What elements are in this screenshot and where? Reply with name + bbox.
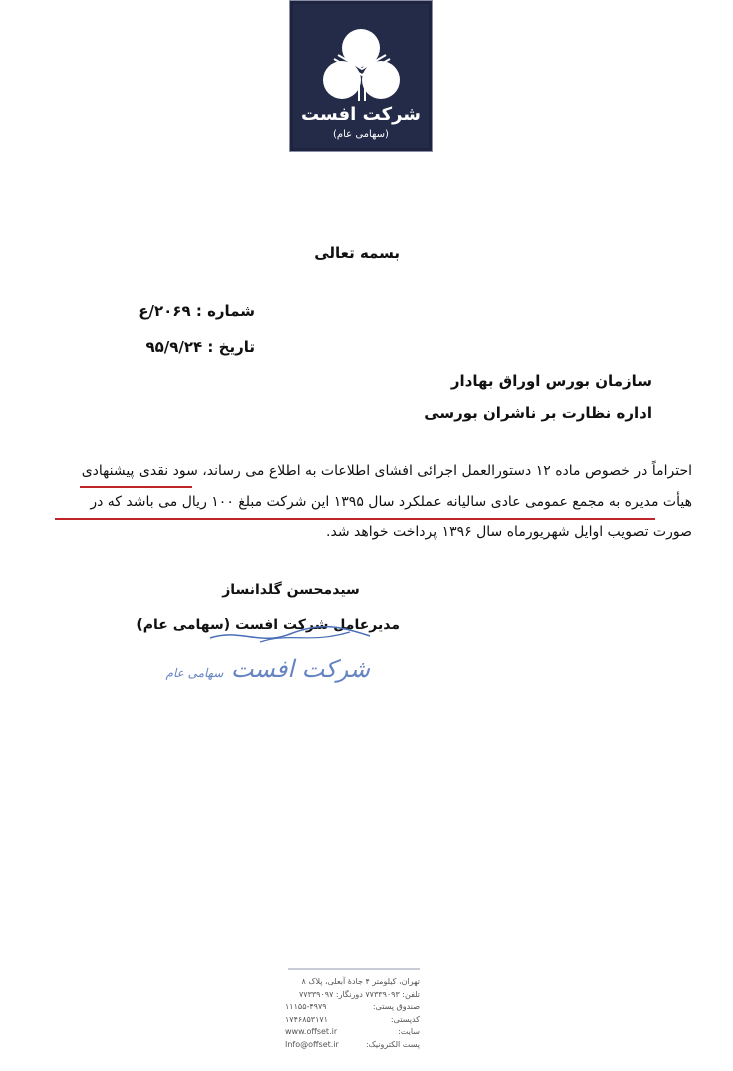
body-line-2: هیأت مدیره به مجمع عمومی عادی سالیانه عم… — [40, 494, 692, 510]
stamp-main-text: شرکت افست — [231, 655, 370, 683]
letter-date: تاریخ : ۹۵/۹/۲۴ — [150, 338, 255, 356]
highlight-underline-2 — [55, 518, 655, 520]
bismillah-heading: بسمه تعالی — [300, 244, 400, 262]
website-link[interactable]: www.offset.ir — [285, 1026, 337, 1039]
body-line-3: صورت تصویب اوایل شهریورماه سال ۱۳۹۶ پردا… — [40, 524, 692, 540]
company-stamp: شرکت افست سهامی عام — [210, 655, 370, 683]
recipient-department: اداره نظارت بر ناشران بورسی — [420, 404, 652, 422]
footer-website: www.offset.irسایت: — [285, 1026, 420, 1039]
signer-name: سیدمحسن گلدانساز — [180, 582, 402, 598]
footer-phone: تلفن: ۷۷۳۳۹۰۹۳ دورنگار: ۷۷۳۳۹۰۹۷ — [285, 989, 420, 1002]
handwritten-signature-icon — [200, 620, 380, 650]
body-line-1: احتراماً در خصوص ماده ۱۲ دستورالعمل اجرا… — [40, 463, 692, 479]
recipient-organization: سازمان بورس اوراق بهادار — [420, 372, 652, 390]
footer-pobox: ۱۱۱۵۵-۴۹۷۹صندوق پستی: — [285, 1001, 420, 1014]
stamp-sub-text: سهامی عام — [166, 666, 224, 680]
footer-contact-info: تهران، کیلومتر ۴ جادهٔ آبعلی، پلاک ۸ تلف… — [285, 976, 420, 1051]
email-link[interactable]: Info@offset.ir — [285, 1039, 339, 1052]
footer-postal-code: ۱۷۴۶۸۵۳۱۷۱کدپستی: — [285, 1014, 420, 1027]
company-logo: شرکت افست (سهامی عام) — [289, 0, 433, 152]
footer-divider — [288, 968, 420, 970]
letter-number: شماره : ۲۰۶۹/ع — [150, 302, 255, 320]
footer-email: Info@offset.irپست الکترونیک: — [285, 1039, 420, 1052]
highlight-underline-1 — [80, 486, 192, 488]
logo-ribbon-icon — [330, 53, 394, 103]
logo-company-type: (سهامی عام) — [290, 129, 432, 140]
logo-company-name: شرکت افست — [290, 104, 432, 125]
footer-address: تهران، کیلومتر ۴ جادهٔ آبعلی، پلاک ۸ — [285, 976, 420, 989]
